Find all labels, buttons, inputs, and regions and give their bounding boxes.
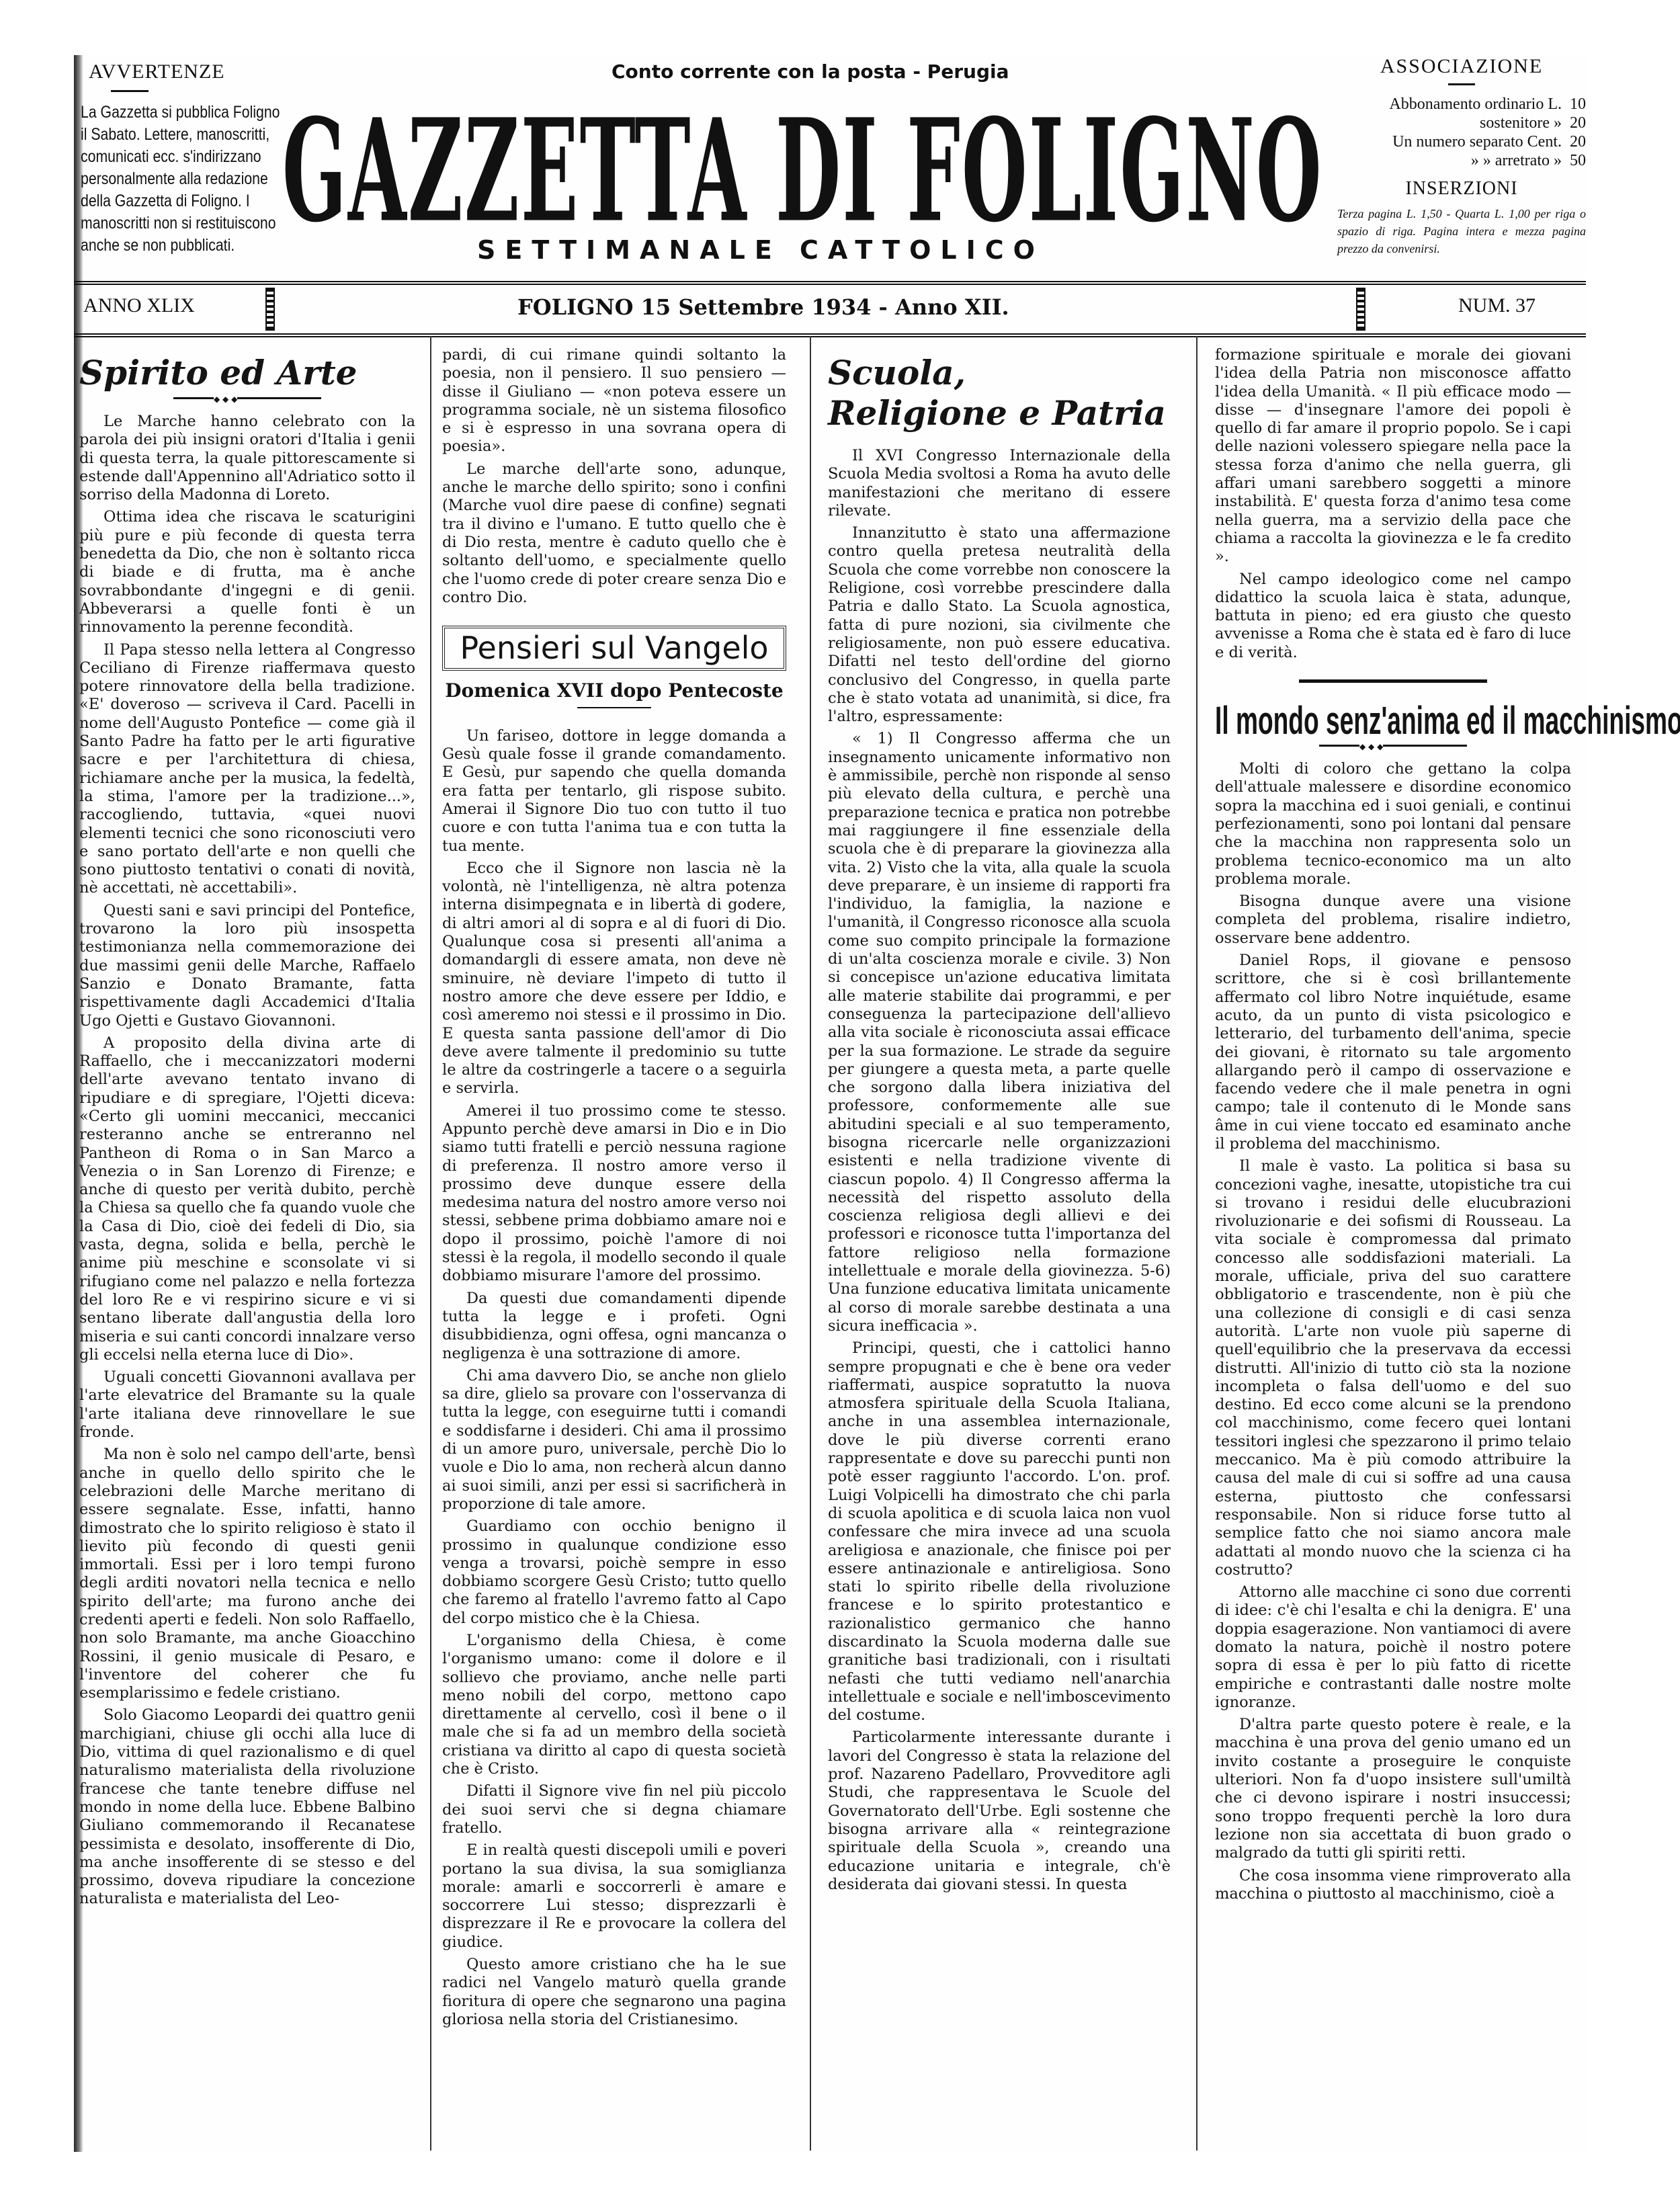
paragraph: Il Papa stesso nella lettera al Congress… — [79, 641, 415, 898]
divider — [111, 90, 149, 92]
associazione-box: ASSOCIAZIONE Abbonamento ordinario L.10 … — [1337, 55, 1586, 257]
paragraph: Le Marche hanno celebrato con la parola … — [79, 413, 415, 504]
divider — [577, 707, 651, 708]
rate-label: Un numero separato Cent. — [1392, 132, 1562, 151]
paragraph: Questi sani e savi principi del Pontefic… — [79, 902, 415, 1030]
paragraph: Innanzitutto è stato una affermazione co… — [828, 524, 1171, 726]
rate-row: sostenitore »20 — [1337, 114, 1586, 132]
paragraph: Particolarmente interessante durante i l… — [828, 1729, 1171, 1894]
divider — [1299, 679, 1487, 683]
paragraph: Che cosa insomma viene rimproverato alla… — [1215, 1867, 1571, 1904]
dateline-bar: ANNO XLIX FOLIGNO 15 Settembre 1934 - An… — [74, 281, 1586, 337]
divider — [1448, 83, 1475, 85]
article-headline: Scuola, — [828, 353, 1171, 393]
paragraph: Un fariseo, dottore in legge domanda a G… — [442, 727, 786, 856]
paragraph: Nel campo ideologico come nel campo dida… — [1215, 571, 1571, 662]
inserzioni-text: Terza pagina L. 1,50 - Quarta L. 1,00 pe… — [1337, 205, 1586, 257]
avvertenze-heading: AVVERTENZE — [89, 60, 282, 83]
avvertenze-text: La Gazzetta si pubblica Foligno il Sabat… — [81, 101, 281, 257]
article-subheading: Domenica XVII dopo Pentecoste — [442, 681, 786, 700]
paragraph: L'organismo della Chiesa, è come l'organ… — [442, 1632, 786, 1778]
paragraph: Chi ama davvero Dio, se anche non glielo… — [442, 1367, 786, 1513]
paragraph: Principi, questi, che i cattolici hanno … — [828, 1339, 1171, 1724]
associazione-heading: ASSOCIAZIONE — [1337, 55, 1586, 78]
rate-value: 10 — [1570, 95, 1586, 114]
ornamental-divider — [1319, 745, 1467, 747]
paragraph: Amerei il tuo prossimo come te stesso. A… — [442, 1102, 786, 1286]
paragraph: Bisogna dunque avere una visione complet… — [1215, 892, 1571, 948]
article-headline: Spirito ed Arte — [79, 353, 415, 393]
paragraph: formazione spirituale e morale dei giova… — [1215, 346, 1571, 567]
rate-row: Un numero separato Cent.20 — [1337, 132, 1586, 151]
paragraph: Il male è vasto. La politica si basa su … — [1215, 1157, 1571, 1579]
ornament-bar-icon — [265, 288, 275, 331]
paragraph: Ottima idea che riscava le scaturigini p… — [79, 508, 415, 636]
paragraph: Ecco che il Signore non lascia nè la vol… — [442, 860, 786, 1098]
article-scuola-religione-patria: Scuola, Religione e Patria Il XVI Congre… — [828, 346, 1171, 1898]
newspaper-subtitle: SETTIMANALE CATTOLICO — [477, 235, 1044, 265]
avvertenze-box: AVVERTENZE La Gazzetta si pubblica Folig… — [81, 60, 282, 257]
paragraph: Solo Giacomo Leopardi dei quattro genii … — [79, 1706, 415, 1908]
article-spirito-ed-arte: Spirito ed Arte Le Marche hanno celebrat… — [79, 346, 415, 1913]
masthead: AVVERTENZE La Gazzetta si pubblica Folig… — [74, 55, 1586, 284]
column-rule — [810, 336, 811, 2151]
paragraph: D'altra parte questo potere è reale, e l… — [1215, 1716, 1571, 1862]
issue-number: NUM. 37 — [1458, 294, 1536, 317]
paragraph: Il XVI Congresso Internazionale della Sc… — [828, 447, 1171, 520]
rate-label: » » arretrato » — [1471, 151, 1562, 170]
rate-row: » » arretrato »50 — [1337, 151, 1586, 170]
rate-label: sostenitore » — [1480, 114, 1562, 132]
paragraph: pardi, di cui rimane quindi soltanto la … — [442, 346, 786, 456]
article-headline-mondo-senza-anima: Il mondo senz'anima ed il macchinismo — [1215, 700, 1443, 742]
paragraph: Uguali concetti Giovannoni avallava per … — [79, 1368, 415, 1442]
rate-value: 20 — [1570, 132, 1586, 151]
paragraph: Molti di coloro che gettano la colpa del… — [1215, 760, 1571, 888]
newspaper-title: GAZZETTA DI FOLIGNO — [282, 101, 884, 242]
rate-label: Abbonamento ordinario L. — [1389, 95, 1562, 114]
section-box-pensieri-sul-vangelo: Pensieri sul Vangelo — [442, 626, 786, 671]
paragraph: Daniel Rops, il giovane e pensoso scritt… — [1215, 952, 1571, 1153]
paragraph: « 1) Il Congresso afferma che un insegna… — [828, 730, 1171, 1335]
inserzioni-heading: INSERZIONI — [1337, 178, 1586, 200]
ornament-bar-icon — [1356, 288, 1366, 331]
column-rule — [430, 336, 431, 2151]
conto-corrente-note: Conto corrente con la posta - Perugia — [612, 60, 1009, 83]
paragraph: Da questi due comandamenti dipende tutta… — [442, 1290, 786, 1363]
paragraph: Ma non è solo nel campo dell'arte, bensì… — [79, 1446, 415, 1702]
paragraph: Difatti il Signore vive fin nel più picc… — [442, 1782, 786, 1837]
paragraph: Guardiamo con occhio benigno il prossimo… — [442, 1517, 786, 1628]
rate-value: 20 — [1570, 114, 1586, 132]
ornamental-divider — [173, 397, 321, 399]
column-2: pardi, di cui rimane quindi soltanto la … — [442, 346, 786, 2033]
column-rule — [1196, 336, 1198, 2151]
rate-value: 50 — [1570, 151, 1586, 170]
rate-row: Abbonamento ordinario L.10 — [1337, 95, 1586, 114]
paragraph: Questo amore cristiano che ha le sue rad… — [442, 1956, 786, 2029]
column-4: formazione spirituale e morale dei giova… — [1215, 346, 1571, 1907]
paragraph: Attorno alle macchine ci sono due corren… — [1215, 1583, 1571, 1712]
paragraph: A proposito della divina arte di Raffael… — [79, 1034, 415, 1364]
issue-date: FOLIGNO 15 Settembre 1934 - Anno XII. — [517, 294, 1009, 320]
volume-year: ANNO XLIX — [83, 294, 195, 317]
paragraph: E in realtà questi discepoli umili e pov… — [442, 1841, 786, 1952]
article-headline: Religione e Patria — [828, 393, 1171, 433]
paragraph: Le marche dell'arte sono, adunque, anche… — [442, 460, 786, 607]
